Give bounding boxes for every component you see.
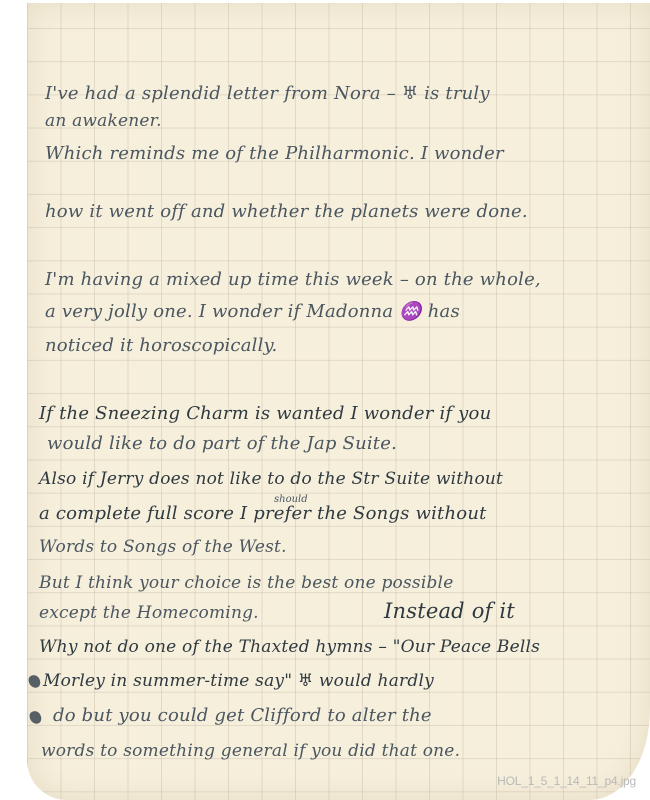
letter-line-14: except the Homecoming. <box>39 603 259 623</box>
letter-line-9: would like to do part of the Jap Suite. <box>47 433 397 454</box>
letter-line-4: how it went off and whether the planets … <box>45 201 528 222</box>
ink-blot-1 <box>27 674 42 690</box>
letter-line-8: If the Sneezing Charm is wanted I wonder… <box>39 403 491 424</box>
inserted-phrase: Instead of it <box>384 599 515 623</box>
letter-line-6: a very jolly one. I wonder if Madonna ♒ … <box>45 301 460 322</box>
letter-line-2: an awakener. <box>45 111 162 131</box>
letter-line-13: But I think your choice is the best one … <box>39 573 453 593</box>
image-filename-caption: HOL_1_5_1_14_11_p4.jpg <box>497 774 636 788</box>
letter-line-5: I'm having a mixed up time this week – o… <box>45 269 541 290</box>
letter-line-11: a complete full score I prefer the Songs… <box>39 503 487 524</box>
letter-line-18: words to something general if you did th… <box>41 741 460 761</box>
letter-line-1: I've had a splendid letter from Nora – ♅… <box>45 83 490 104</box>
letter-line-12: Words to Songs of the West. <box>39 537 287 557</box>
letter-line-16: Morley in summer-time say" ♅ would hardl… <box>43 671 434 691</box>
letter-page: I've had a splendid letter from Nora – ♅… <box>27 3 650 800</box>
letter-line-10: Also if Jerry does not like to do the St… <box>39 469 503 489</box>
letter-line-15: Why not do one of the Thaxted hymns – "O… <box>39 637 540 657</box>
letter-line-3: Which reminds me of the Philharmonic. I … <box>45 143 504 164</box>
letter-line-7: noticed it horoscopically. <box>45 335 277 356</box>
ink-blot-2 <box>28 710 43 726</box>
letter-line-17: do but you could get Clifford to alter t… <box>53 705 432 726</box>
